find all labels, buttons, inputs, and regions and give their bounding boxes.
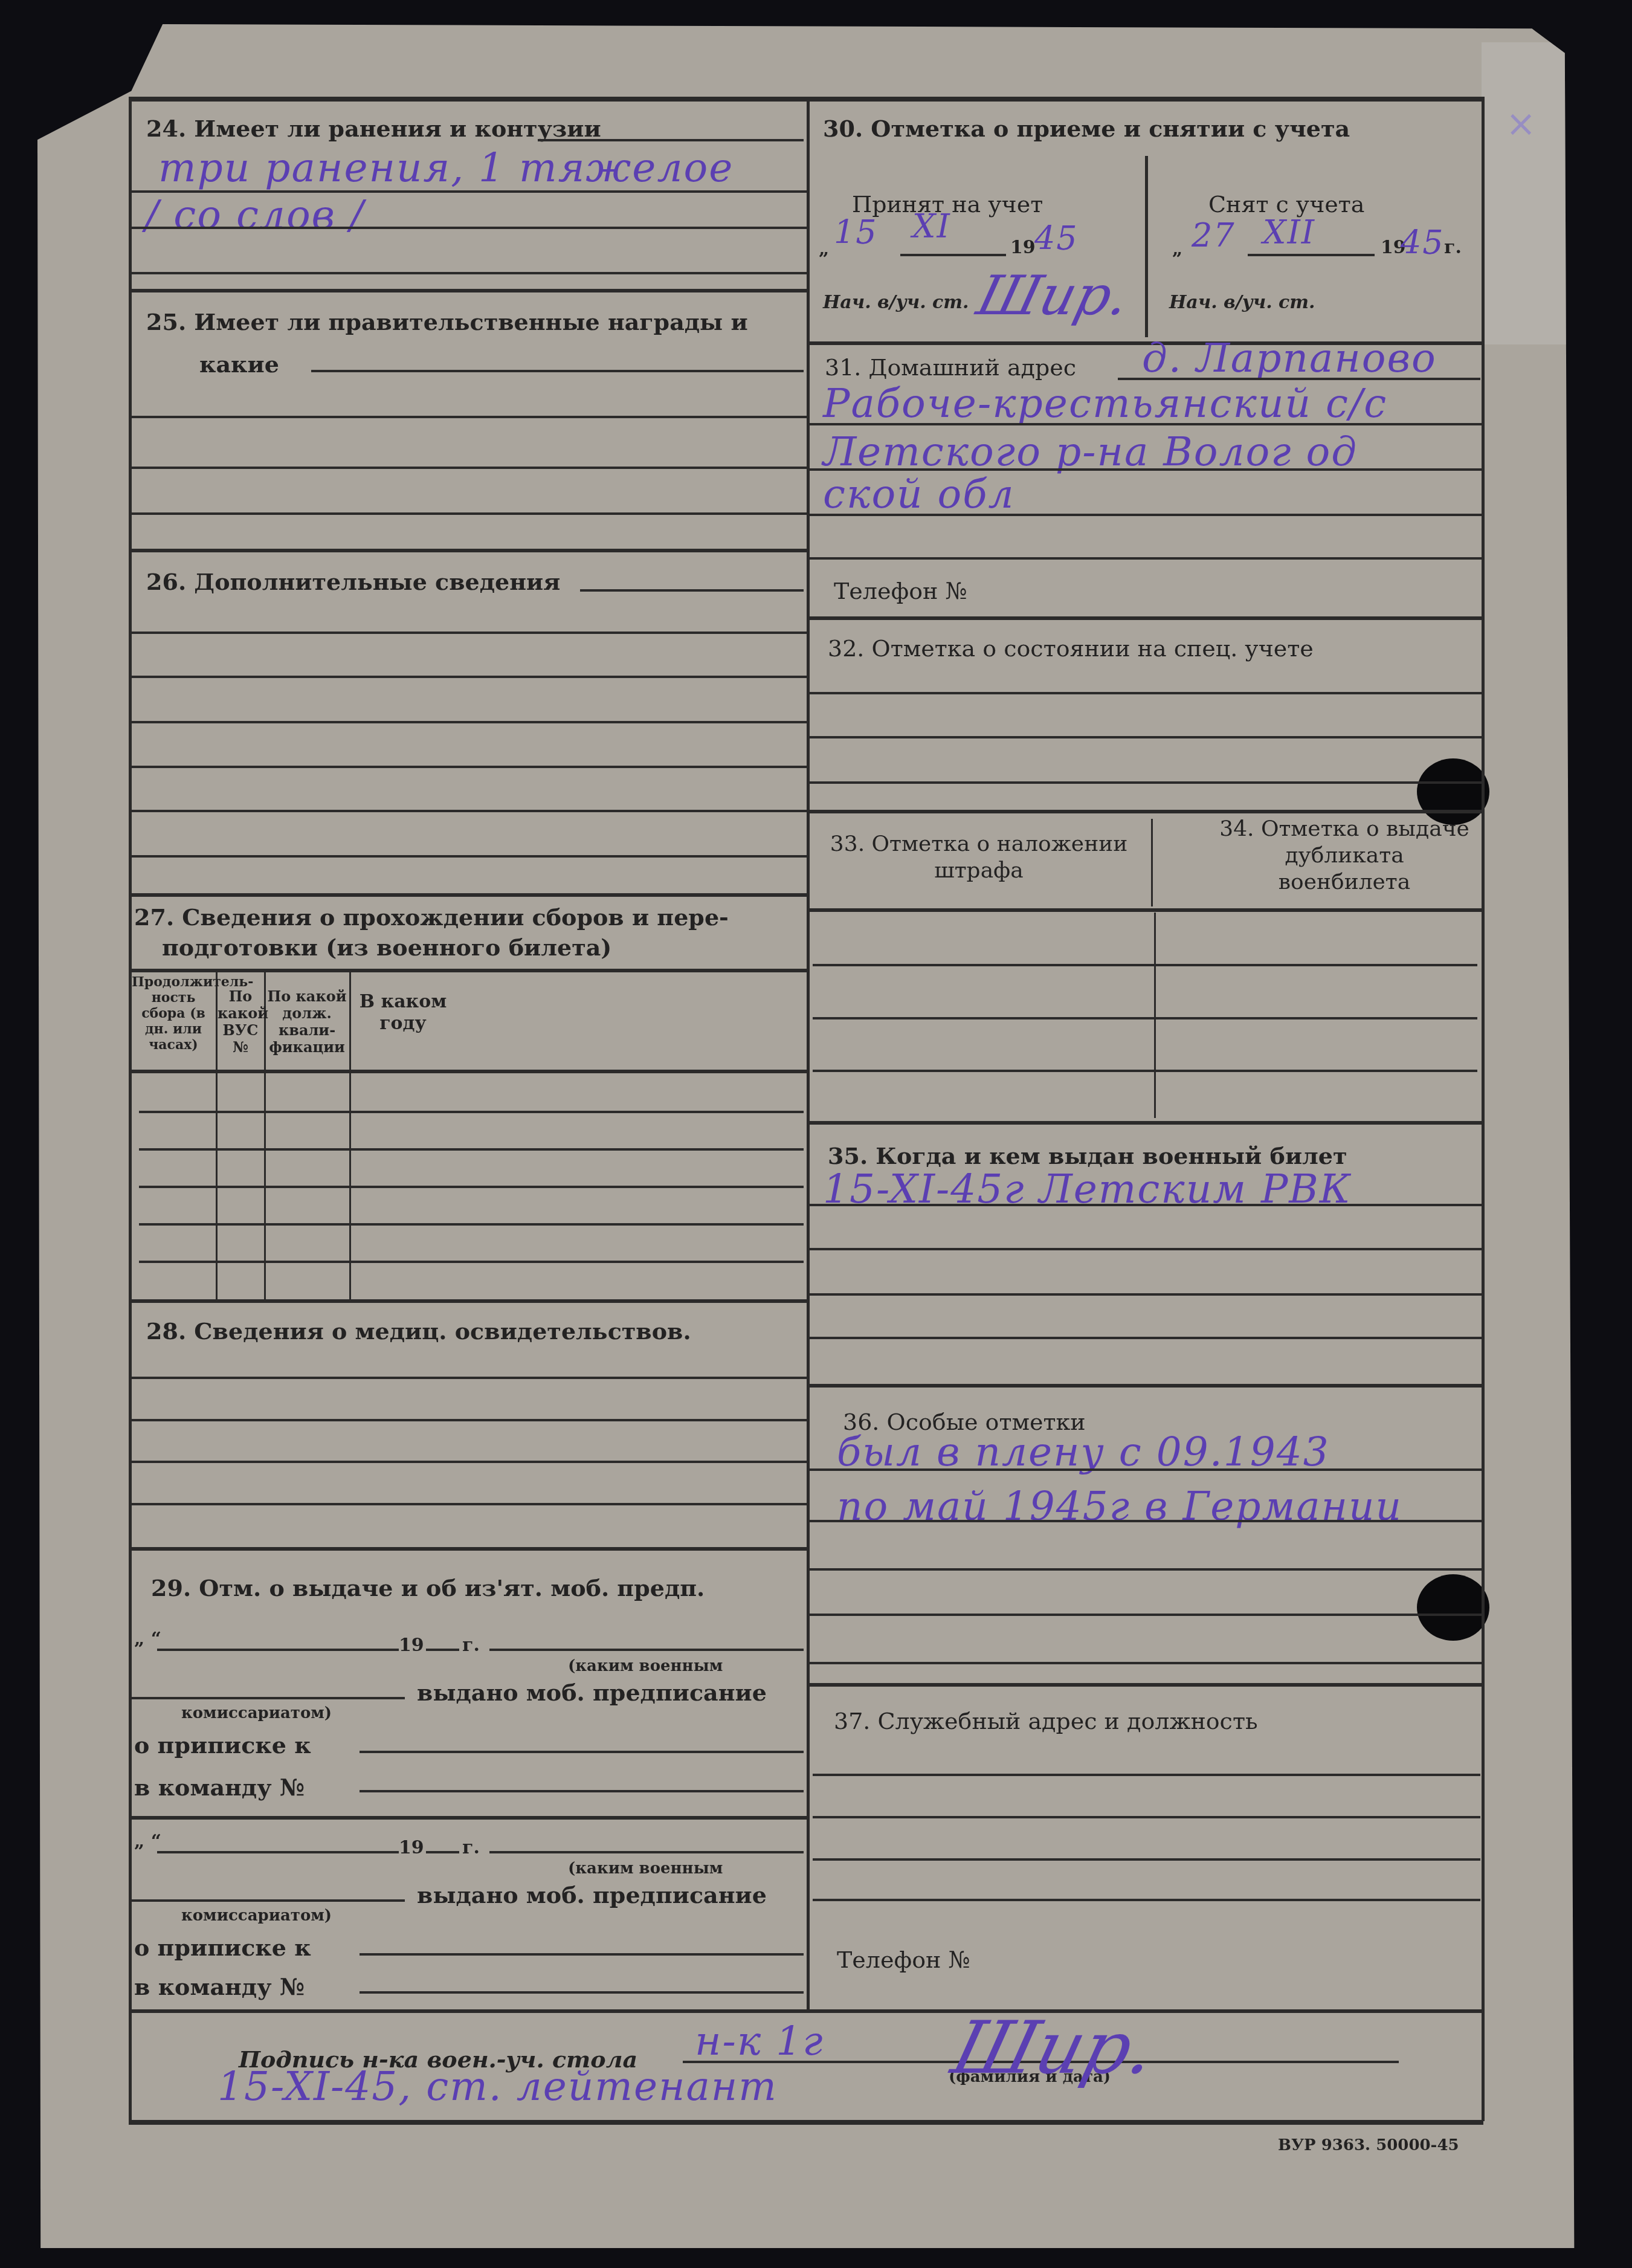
s29-b2-year-line: [426, 1851, 459, 1853]
s25-top: [130, 289, 807, 292]
s31-line-2: [808, 423, 1482, 425]
section-27-label-2: подготовки (из военного билета): [162, 934, 611, 961]
section-32-label: 32. Отметка о состоянии на спец. учете: [828, 635, 1314, 662]
s29-b2-commissariat: комиссариатом): [181, 1907, 332, 1925]
footer-handwritten-line2: 15-XI-45, ст. лейтенант: [218, 2064, 778, 2110]
s32-line-3: [808, 781, 1482, 784]
s31-handwritten-2: Рабоче-крестьянский с/с: [823, 381, 1387, 427]
s25-line-1: [130, 416, 807, 418]
s24-line-0: [538, 139, 804, 141]
s32-line-2: [808, 736, 1482, 738]
s27-top: [130, 893, 807, 897]
section-25-label-2: какие: [199, 351, 279, 378]
s30-removed-chief-label: Нач. в/уч. ст.: [1169, 292, 1315, 314]
s29-b1-year-prefix: 19: [399, 1635, 424, 1656]
s36-handwritten-2: по май 1945г в Германии: [837, 1484, 1402, 1530]
footer-handwritten-unit: н-к 1г: [695, 2018, 824, 2064]
s26-top: [130, 549, 807, 552]
s27-header-vus: По какой ВУС №: [218, 988, 263, 1056]
table-row: [139, 1223, 804, 1226]
section-25-label-1: 25. Имеет ли правительственные награды и: [146, 308, 748, 336]
s28-line-1: [130, 1377, 807, 1379]
s29-b2-attached-line: [360, 1953, 804, 1956]
s37-top: [808, 1683, 1482, 1687]
s26-line-5: [130, 810, 807, 812]
table-row: [139, 1186, 804, 1188]
s29-b1-date-line: [157, 1649, 399, 1651]
frame-bottom: [129, 2120, 1483, 2125]
s26-line-1: [130, 632, 807, 634]
section-34-label: 34. Отметка о выдаче дубликата военбилет…: [1218, 816, 1471, 896]
s31-line-4: [808, 514, 1482, 516]
s30-removed-day: 27: [1192, 218, 1236, 254]
s28-line-4: [130, 1503, 807, 1505]
s29-b2-attached: о приписке к: [134, 1934, 311, 1962]
s29-b1-date-prefix: „ “: [134, 1629, 161, 1650]
s29-b1-hint: (каким военным: [568, 1657, 723, 1675]
s24-handwritten-1: три ранения, 1 тяжелое: [158, 145, 734, 191]
s24-handwritten-2: / со слов /: [145, 192, 364, 238]
s29-divider: [130, 1816, 807, 1820]
s37-line-3: [813, 1858, 1480, 1861]
s27-header-qualification: По какой долж. квали-фикации: [266, 988, 348, 1056]
s36-line-5: [808, 1662, 1482, 1664]
s29-b2-year-prefix: 19: [399, 1837, 424, 1859]
s33-grid-top: [808, 908, 1482, 912]
table-row: [139, 1261, 804, 1263]
s29-b2-year-suffix: г.: [462, 1837, 480, 1859]
s27-col-3: [349, 971, 351, 1300]
s33-34-divider: [1151, 819, 1153, 906]
s28-top: [130, 1299, 807, 1303]
s29-b2-team-line: [360, 1991, 804, 1994]
s36-line-4: [808, 1614, 1482, 1616]
table-row: [139, 1111, 804, 1113]
s31-phone-label: Телефон №: [834, 577, 967, 605]
s32-top: [808, 616, 1482, 620]
s26-line-6: [130, 855, 807, 858]
s29-b1-issued: выдано моб. предписание: [417, 1679, 767, 1707]
s27-header-year: В каком году: [352, 991, 454, 1035]
s36-line-3: [808, 1568, 1482, 1571]
s33-grid-line-3: [813, 1070, 1477, 1072]
footer-signature: Шир.: [947, 2018, 1161, 2079]
s28-line-2: [130, 1419, 807, 1421]
section-33-label: 33. Отметка о наложении штрафа: [816, 831, 1142, 884]
s24-line-2: [130, 227, 807, 229]
s37-line-2: [813, 1816, 1480, 1818]
s30-accepted-day: 15: [834, 215, 878, 251]
section-28-label: 28. Сведения о медиц. освидетельствов.: [146, 1317, 691, 1345]
s37-line-1: [813, 1774, 1480, 1776]
s29-b1-team: в команду №: [134, 1774, 305, 1801]
frame-right: [1482, 97, 1485, 2121]
s28-line-3: [130, 1461, 807, 1463]
s30-accepted-year-hw: 45: [1034, 221, 1079, 257]
s27-header-duration: Продолжитель-ность сбора (в дн. или часа…: [132, 974, 215, 1053]
footer-top: [130, 2009, 1483, 2013]
s33-top: [808, 810, 1482, 813]
section-27-label-1: 27. Сведения о прохождении сборов и пере…: [134, 903, 729, 931]
section-29-label: 29. Отм. о выдаче и об из'ят. моб. предп…: [151, 1574, 705, 1602]
s26-line-2: [130, 676, 807, 678]
s30-accepted-year-printed: 19: [1010, 237, 1036, 259]
s29-b2-org-line-2: [130, 1899, 405, 1902]
s27-header-bottom: [130, 1070, 807, 1073]
s33-grid-divider: [1154, 913, 1156, 1118]
s32-line-1: [808, 692, 1482, 694]
s29-b2-org-line: [489, 1851, 804, 1853]
s35-line-1: [808, 1204, 1482, 1206]
printer-mark: ВУР 9363. 50000-45: [1278, 2136, 1459, 2154]
s29-b1-team-line: [360, 1790, 804, 1792]
frame-center-divider: [807, 97, 810, 2012]
s30-removed-year-suffix: г.: [1444, 237, 1462, 259]
table-row: [139, 1148, 804, 1151]
section-24-label: 24. Имеет ли ранения и контузии: [146, 115, 601, 143]
s33-grid-line-2: [813, 1017, 1477, 1019]
s30-accepted-open-quote: „: [819, 239, 829, 260]
s29-b1-year-suffix: г.: [462, 1635, 480, 1656]
section-26-label: 26. Дополнительные сведения: [146, 568, 560, 596]
s26-line-3: [130, 721, 807, 723]
punch-hole-upper: [1417, 758, 1489, 825]
s30-accepted-month-line: [900, 254, 1006, 256]
s29-b2-team: в команду №: [134, 1973, 305, 2001]
s30-divider: [1145, 156, 1148, 337]
s31-handwritten-4: ской обл: [823, 471, 1015, 517]
punch-hole-lower: [1417, 1574, 1489, 1641]
s36-top: [808, 1384, 1482, 1388]
s29-b1-attached-line: [360, 1751, 804, 1753]
s30-accepted-chief-label: Нач. в/уч. ст.: [823, 292, 969, 314]
s25-line-0: [311, 370, 804, 372]
s31-handwritten-1: д. Ларпаново: [1142, 335, 1437, 381]
s26-line-0: [580, 589, 804, 592]
s35-line-4: [808, 1337, 1482, 1339]
s29-b2-date-line: [157, 1851, 399, 1853]
s30-accepted-signature: Шир.: [972, 266, 1136, 326]
s30-removed-month: XII: [1263, 215, 1315, 251]
s25-line-2: [130, 467, 807, 469]
s35-line-3: [808, 1293, 1482, 1296]
s29-b1-commissariat: комиссариатом): [181, 1704, 332, 1722]
s31-line-5: [808, 557, 1482, 560]
s24-line-3: [130, 272, 807, 274]
s26-line-4: [130, 766, 807, 768]
s36-line-1: [808, 1468, 1482, 1471]
s29-top: [130, 1547, 807, 1551]
s29-b2-hint: (каким военным: [568, 1859, 723, 1878]
s35-line-2: [808, 1248, 1482, 1250]
s30-accepted-month: XI: [912, 208, 951, 245]
frame-top: [129, 97, 1483, 102]
s29-b1-attached: о приписке к: [134, 1731, 311, 1759]
s27-table-top: [130, 969, 807, 972]
section-37-label: 37. Служебный адрес и должность: [834, 1707, 1258, 1735]
s36-line-2: [808, 1520, 1482, 1522]
corner-mark: ×: [1506, 103, 1536, 145]
s37-line-4: [813, 1899, 1480, 1901]
s30-removed-month-line: [1248, 254, 1375, 256]
s37-phone-label: Телефон №: [837, 1946, 970, 1974]
s29-b2-issued: выдано моб. предписание: [417, 1881, 767, 1909]
s29-b1-org-line: [489, 1649, 804, 1651]
s29-b1-year-line: [426, 1649, 459, 1651]
s30-removed-open-quote: „: [1172, 239, 1182, 260]
s35-top: [808, 1121, 1482, 1125]
s30-removed-year-hw: 45: [1401, 225, 1445, 261]
s29-b2-date-prefix: „ “: [134, 1831, 161, 1853]
s25-line-3: [130, 512, 807, 515]
s29-b1-org-line-2: [130, 1697, 405, 1699]
section-31-label: 31. Домашний адрес: [825, 354, 1076, 381]
s33-grid-line-1: [813, 964, 1477, 966]
section-30-label: 30. Отметка о приеме и снятии с учета: [823, 115, 1350, 143]
